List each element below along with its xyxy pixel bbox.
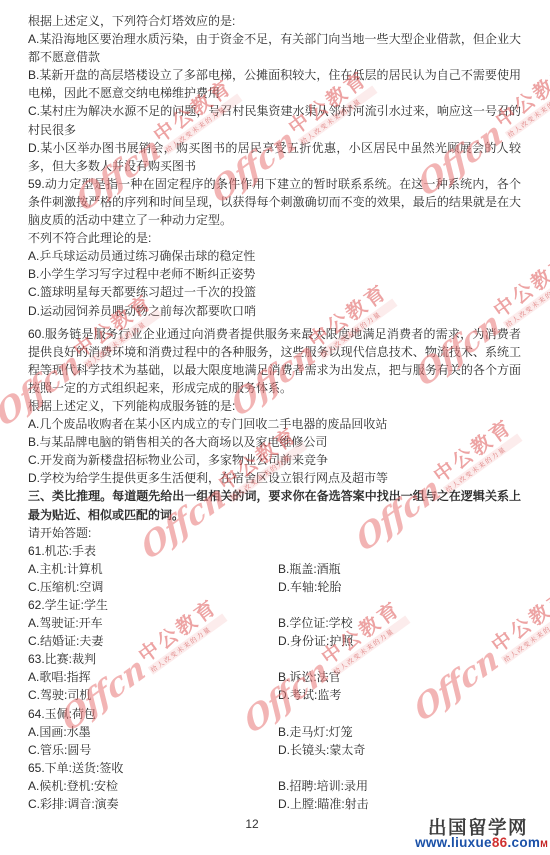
q65-option-c: C.彩排:调音:演奏 — [28, 795, 278, 813]
q58-prompt: 根据上述定义，下列符合灯塔效应的是: — [28, 12, 521, 30]
site-url-prefix: www.liuxue — [415, 835, 492, 850]
q59-stem: 59.动力定型是指一种在固定程序的条件作用下建立的暂时联系系统。在这一种系统内，… — [28, 175, 521, 229]
site-url-number: 86 — [492, 835, 508, 850]
q62-option-a: A.驾驶证:开车 — [28, 614, 278, 632]
q61-stem: 61.机芯:手表 — [28, 542, 521, 560]
q64-option-d: D.长镜头:蒙太奇 — [278, 741, 521, 759]
site-url-suffix: .com — [507, 835, 540, 850]
q65-option-d: D.上膛:瞄准:射击 — [278, 795, 521, 813]
q62-option-b: B.学位证:学校 — [278, 614, 521, 632]
q60-stem: 60.服务链是服务行业企业通过向消费者提供服务来最大限度地满足消费者的需求，为消… — [28, 325, 521, 397]
exam-page: 根据上述定义，下列符合灯塔效应的是: A.某沿海地区要治理水质污染，由于资金不足… — [0, 0, 550, 855]
q65-option-b: B.招聘:培训:录用 — [278, 777, 521, 795]
q61-options-row-2: C.压缩机:空调 D.车轴:轮胎 — [28, 578, 521, 596]
q62-option-d: D.身份证:护照 — [278, 632, 521, 650]
q58-option-b: B.某新开盘的高层塔楼设立了多部电梯，公摊面积较大，住在低层的居民认为自己不需要… — [28, 66, 521, 102]
q60-option-c: C.开发商为新楼盘招标物业公司，多家物业公司前来竞争 — [28, 451, 521, 469]
q63-option-a: A.歌唱:指挥 — [28, 668, 278, 686]
q65-stem: 65.下单:送货:签收 — [28, 759, 521, 777]
q64-option-c: C.管乐:圆号 — [28, 741, 278, 759]
q63-options-row-2: C.驾驶:司机 D.考试:监考 — [28, 686, 521, 704]
q62-options-row-2: C.结婚证:夫妻 D.身份证:护照 — [28, 632, 521, 650]
q61-option-d: D.车轴:轮胎 — [278, 578, 521, 596]
page-content: 根据上述定义，下列符合灯塔效应的是: A.某沿海地区要治理水质污染，由于资金不足… — [28, 12, 521, 813]
q61-options-row-1: A.主机:计算机 B.瓶盖:酒瓶 — [28, 560, 521, 578]
q62-options-row-1: A.驾驶证:开车 B.学位证:学校 — [28, 614, 521, 632]
q64-option-b: B.走马灯:灯笼 — [278, 723, 521, 741]
q64-option-a: A.国画:水墨 — [28, 723, 278, 741]
q60-option-a: A.几个废品收购者在某小区内成立的专门回收二手电器的废品回收站 — [28, 415, 521, 433]
q63-option-b: B.诉讼:法官 — [278, 668, 521, 686]
q60-prompt: 根据上述定义，下列能构成服务链的是: — [28, 397, 521, 415]
q65-options-row-2: C.彩排:调音:演奏 D.上膛:瞄准:射击 — [28, 795, 521, 813]
q64-options-row-2: C.管乐:圆号 D.长镜头:蒙太奇 — [28, 741, 521, 759]
q61-option-a: A.主机:计算机 — [28, 560, 278, 578]
q59-option-d: D.运动园饲养员喂动物之前每次都要吹口哨 — [28, 302, 521, 320]
q63-option-d: D.考试:监考 — [278, 686, 521, 704]
q64-options-row-1: A.国画:水墨 B.走马灯:灯笼 — [28, 723, 521, 741]
q63-option-c: C.驾驶:司机 — [28, 686, 278, 704]
q59-option-c: C.篮球明星每天都要练习超过一千次的投篮 — [28, 283, 521, 301]
site-url: www.liuxue86.comM — [415, 835, 548, 850]
q61-option-c: C.压缩机:空调 — [28, 578, 278, 596]
q58-option-a: A.某沿海地区要治理水质污染，由于资金不足，有关部门向当地一些大型企业借款，但企… — [28, 30, 521, 66]
q62-stem: 62.学生证:学生 — [28, 596, 521, 614]
page-number: 12 — [240, 817, 264, 831]
q62-option-c: C.结婚证:夫妻 — [28, 632, 278, 650]
q63-stem: 63.比赛:裁判 — [28, 650, 521, 668]
q58-option-d: D.某小区举办图书展销会，购买图书的居民享受五折优惠，小区居民中虽然光顾展会的人… — [28, 139, 521, 175]
q60-option-b: B.与某品牌电脑的销售相关的各大商场以及家电维修公司 — [28, 433, 521, 451]
q60-option-d: D.学校为给学生提供更多生活便利，在宿舍区设立银行网点及超市等 — [28, 469, 521, 487]
start-prompt: 请开始答题: — [28, 524, 521, 542]
q59-option-b: B.小学生学习写字过程中老师不断纠正姿势 — [28, 265, 521, 283]
q58-option-c: C.某村庄为解决水源不足的问题，号召村民集资建水渠从邻村河流引水过来，响应这一号… — [28, 102, 521, 138]
q64-stem: 64.玉佩:荷包 — [28, 705, 521, 723]
q63-options-row-1: A.歌唱:指挥 B.诉讼:法官 — [28, 668, 521, 686]
q61-option-b: B.瓶盖:酒瓶 — [278, 560, 521, 578]
section3-heading: 三、类比推理。每道题先给出一组相关的词，要求你在备选答案中找出一组与之在逻辑关系… — [28, 487, 521, 523]
site-url-mark-icon: M — [540, 839, 548, 849]
q65-options-row-1: A.候机:登机:安检 B.招聘:培训:录用 — [28, 777, 521, 795]
q65-option-a: A.候机:登机:安检 — [28, 777, 278, 795]
q59-option-a: A.乒乓球运动员通过练习确保击球的稳定性 — [28, 247, 521, 265]
q59-prompt: 不列不符合此理论的是: — [28, 229, 521, 247]
